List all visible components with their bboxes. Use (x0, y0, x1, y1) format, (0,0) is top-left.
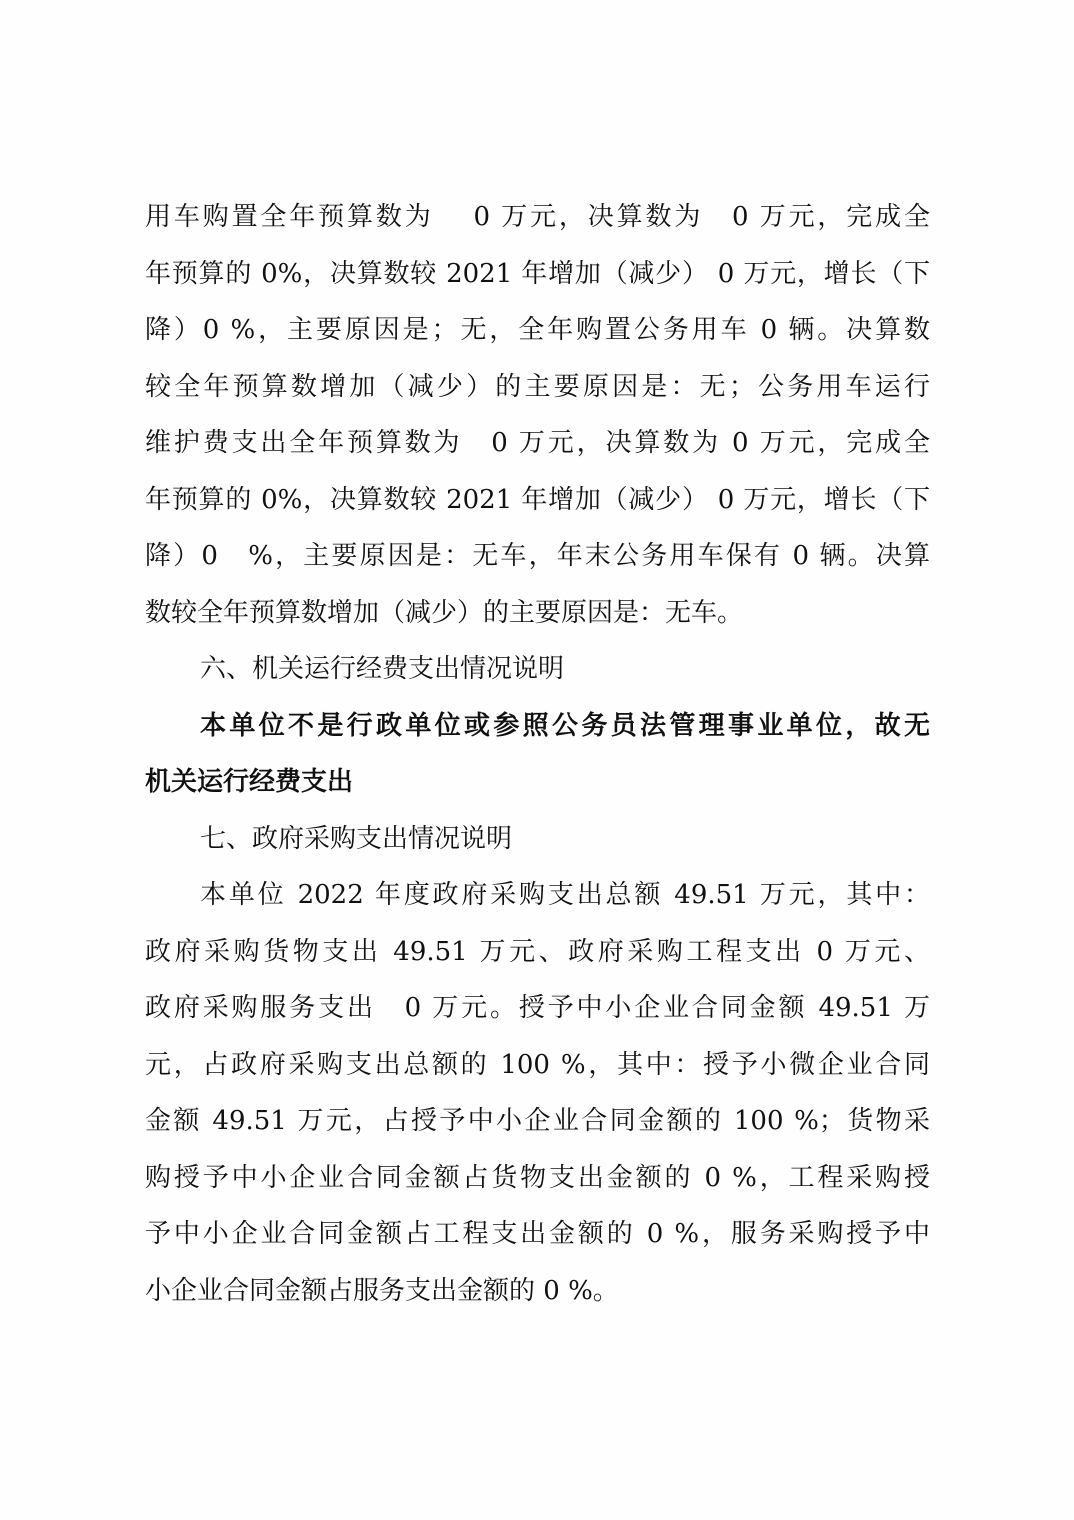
paragraph-line: 降）0 %，主要原因是；无，全年购置公务用车 0 辆。决算数 (145, 310, 930, 350)
paragraph-line: 用车购置全年预算数为 0 万元，决算数为 0 万元，完成全 (145, 197, 930, 237)
paragraph-line: 政府采购服务支出 0 万元。授予中小企业合同金额 49.51 万 (145, 988, 930, 1028)
paragraph-line: 本单位 2022 年度政府采购支出总额 49.51 万元，其中： (200, 875, 930, 915)
paragraph-line: 予中小企业合同金额占工程支出金额的 0 %，服务采购授予中 (145, 1214, 930, 1254)
paragraph-line: 较全年预算数增加（减少）的主要原因是：无；公务用车运行 (145, 367, 930, 407)
paragraph-line: 购授予中小企业合同金额占货物支出金额的 0 %，工程采购授 (145, 1158, 930, 1198)
paragraph-line: 政府采购货物支出 49.51 万元、政府采购工程支出 0 万元、 (145, 932, 930, 972)
section-heading-6: 六、机关运行经费支出情况说明 (200, 649, 930, 689)
paragraph-line: 金额 49.51 万元，占授予中小企业合同金额的 100 %；货物采 (145, 1101, 930, 1141)
paragraph-line: 降）0 %，主要原因是：无车，年末公务用车保有 0 辆。决算 (145, 536, 930, 576)
paragraph-line: 小企业合同金额占服务支出金额的 0 %。 (145, 1271, 930, 1311)
paragraph-line: 年预算的 0%，决算数较 2021 年增加（减少） 0 万元，增长（下 (145, 254, 930, 294)
paragraph-line: 维护费支出全年预算数为 0 万元，决算数为 0 万元，完成全 (145, 423, 930, 463)
section-heading-7: 七、政府采购支出情况说明 (200, 819, 930, 859)
paragraph-line: 元，占政府采购支出总额的 100 %，其中：授予小微企业合同 (145, 1045, 930, 1085)
paragraph-line: 数较全年预算数增加（减少）的主要原因是：无车。 (145, 593, 930, 633)
paragraph-line: 年预算的 0%，决算数较 2021 年增加（减少） 0 万元，增长（下 (145, 480, 930, 520)
document-page: 用车购置全年预算数为 0 万元，决算数为 0 万元，完成全 年预算的 0%，决算… (0, 0, 1074, 1520)
paragraph-line: 机关运行经费支出 (145, 762, 930, 802)
paragraph-line: 本单位不是行政单位或参照公务员法管理事业单位，故无 (200, 706, 930, 746)
